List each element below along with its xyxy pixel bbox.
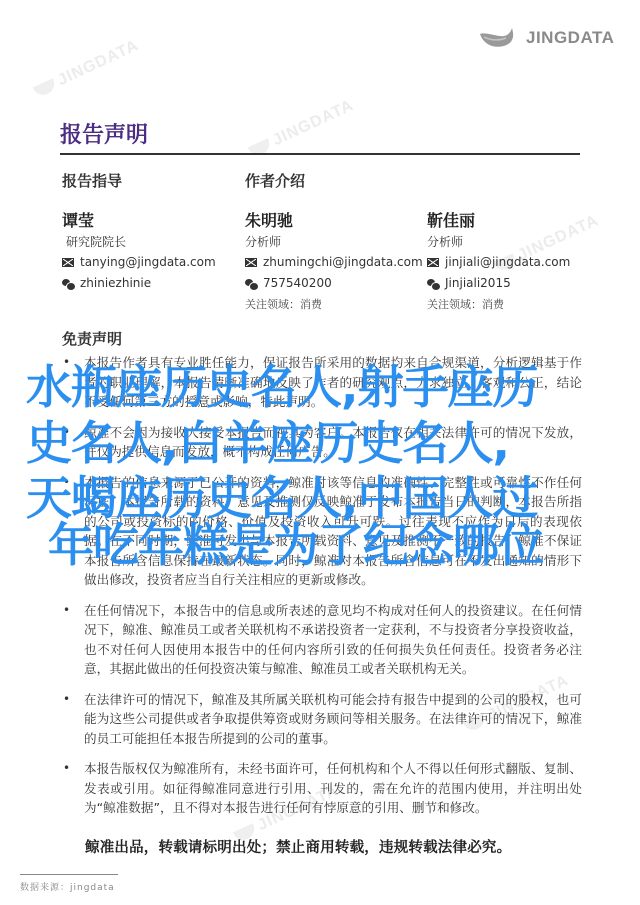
person-email[interactable]: jinjiali@jingdata.com bbox=[445, 252, 570, 273]
disclaimer-heading: 免责声明 bbox=[62, 328, 122, 349]
wechat-icon bbox=[427, 279, 439, 289]
person-role: 分析师 bbox=[245, 232, 423, 252]
watermark: JINGDATA bbox=[32, 37, 142, 101]
disclaimer-list: • 本报告作者具有专业胜任能力，保证报告所采用的数据均来自合规渠道，分析逻辑基于… bbox=[62, 353, 582, 829]
email-row: jinjiali@jingdata.com bbox=[427, 252, 570, 273]
wechat-row: 757540200 bbox=[245, 273, 423, 294]
disclaimer-text: 本报告作者具有专业胜任能力，保证报告所采用的数据均来自合规渠道，分析逻辑基于作者… bbox=[84, 353, 582, 412]
email-row: tanying@jingdata.com bbox=[62, 252, 216, 273]
disclaimer-item: • 鲸准不会因为接收人接受本报告而视其为客户。本报告仅在相关法律许可的情况下发放… bbox=[62, 423, 582, 462]
bullet-dot: • bbox=[62, 473, 84, 590]
mail-icon bbox=[62, 258, 74, 267]
person-wechat: 757540200 bbox=[263, 273, 332, 294]
bullet-dot: • bbox=[62, 690, 84, 749]
person-focus: 关注领域：消费 bbox=[427, 294, 570, 315]
report-guidance-heading: 报告指导 bbox=[62, 170, 122, 191]
disclaimer-item: • 本报告版权仅为鲸准所有，未经书面许可，任何机构和个人不得以任何形式翻版、复制… bbox=[62, 759, 582, 818]
disclaimer-text: 本报告版权仅为鲸准所有，未经书面许可，任何机构和个人不得以任何形式翻版、复制、发… bbox=[84, 759, 582, 818]
person-wechat: zhiniezhinie bbox=[80, 273, 151, 294]
disclaimer-item: • 在法律许可的情况下，鲸准及其所属关联机构可能会持有报告中提到的公司的股权，也… bbox=[62, 690, 582, 749]
person-name: 谭莹 bbox=[62, 210, 216, 232]
disclaimer-item: • 在任何情况下，本报告中的信息或所表述的意见均不构成对任何人的投资建议。在任何… bbox=[62, 601, 582, 679]
whale-icon bbox=[33, 78, 58, 98]
person-role: 研究院院长 bbox=[62, 232, 216, 252]
person-email[interactable]: tanying@jingdata.com bbox=[80, 252, 216, 273]
person-role: 分析师 bbox=[427, 232, 570, 252]
whale-logo-icon bbox=[478, 26, 518, 50]
disclaimer-text: 本报告的信息来源于已公开的资料，鲸准对该等信息的准确性、完整性或可靠性不作任何保… bbox=[84, 473, 582, 590]
person-card: 朱明驰 分析师 zhumingchi@jingdata.com 75754020… bbox=[245, 210, 423, 315]
author-intro-heading: 作者介绍 bbox=[245, 170, 305, 191]
jingdata-logo: JINGDATA bbox=[478, 26, 614, 50]
person-name: 靳佳丽 bbox=[427, 210, 570, 232]
bullet-dot: • bbox=[62, 423, 84, 462]
closing-statement: 鲸准出品，转载请标明出处；禁止商用转载，违规转载法律必究。 bbox=[85, 836, 511, 857]
whale-icon bbox=[248, 138, 273, 158]
person-focus: 关注领域：消费 bbox=[245, 294, 423, 315]
person-wechat: Jinjiali2015 bbox=[445, 273, 511, 294]
person-email[interactable]: zhumingchi@jingdata.com bbox=[263, 252, 423, 273]
person-name: 朱明驰 bbox=[245, 210, 423, 232]
wechat-row: zhiniezhinie bbox=[62, 273, 216, 294]
title-divider bbox=[60, 153, 580, 155]
disclaimer-text: 在法律许可的情况下，鲸准及其所属关联机构可能会持有报告中提到的公司的股权，也可能… bbox=[84, 690, 582, 749]
mail-icon bbox=[245, 258, 257, 267]
watermark: JINGDATA bbox=[247, 97, 357, 161]
disclaimer-text: 在任何情况下，本报告中的信息或所表述的意见均不构成对任何人的投资建议。在任何情况… bbox=[84, 601, 582, 679]
person-card: 谭莹 研究院院长 tanying@jingdata.com zhiniezhin… bbox=[62, 210, 216, 294]
source-divider bbox=[20, 874, 118, 875]
logo-text: JINGDATA bbox=[526, 28, 614, 48]
wechat-icon bbox=[62, 279, 74, 289]
page-title: 报告声明 bbox=[60, 118, 148, 149]
data-source: 数据来源：jingdata bbox=[20, 880, 115, 893]
bullet-dot: • bbox=[62, 353, 84, 412]
disclaimer-item: • 本报告作者具有专业胜任能力，保证报告所采用的数据均来自合规渠道，分析逻辑基于… bbox=[62, 353, 582, 412]
disclaimer-text: 鲸准不会因为接收人接受本报告而视其为客户。本报告仅在相关法律许可的情况下发放，并… bbox=[84, 423, 582, 462]
bullet-dot: • bbox=[62, 601, 84, 679]
disclaimer-item: • 本报告的信息来源于已公开的资料，鲸准对该等信息的准确性、完整性或可靠性不作任… bbox=[62, 473, 582, 590]
person-card: 靳佳丽 分析师 jinjiali@jingdata.com Jinjiali20… bbox=[427, 210, 570, 315]
wechat-icon bbox=[245, 279, 257, 289]
bullet-dot: • bbox=[62, 759, 84, 818]
wechat-row: Jinjiali2015 bbox=[427, 273, 570, 294]
mail-icon bbox=[427, 258, 439, 267]
email-row: zhumingchi@jingdata.com bbox=[245, 252, 423, 273]
